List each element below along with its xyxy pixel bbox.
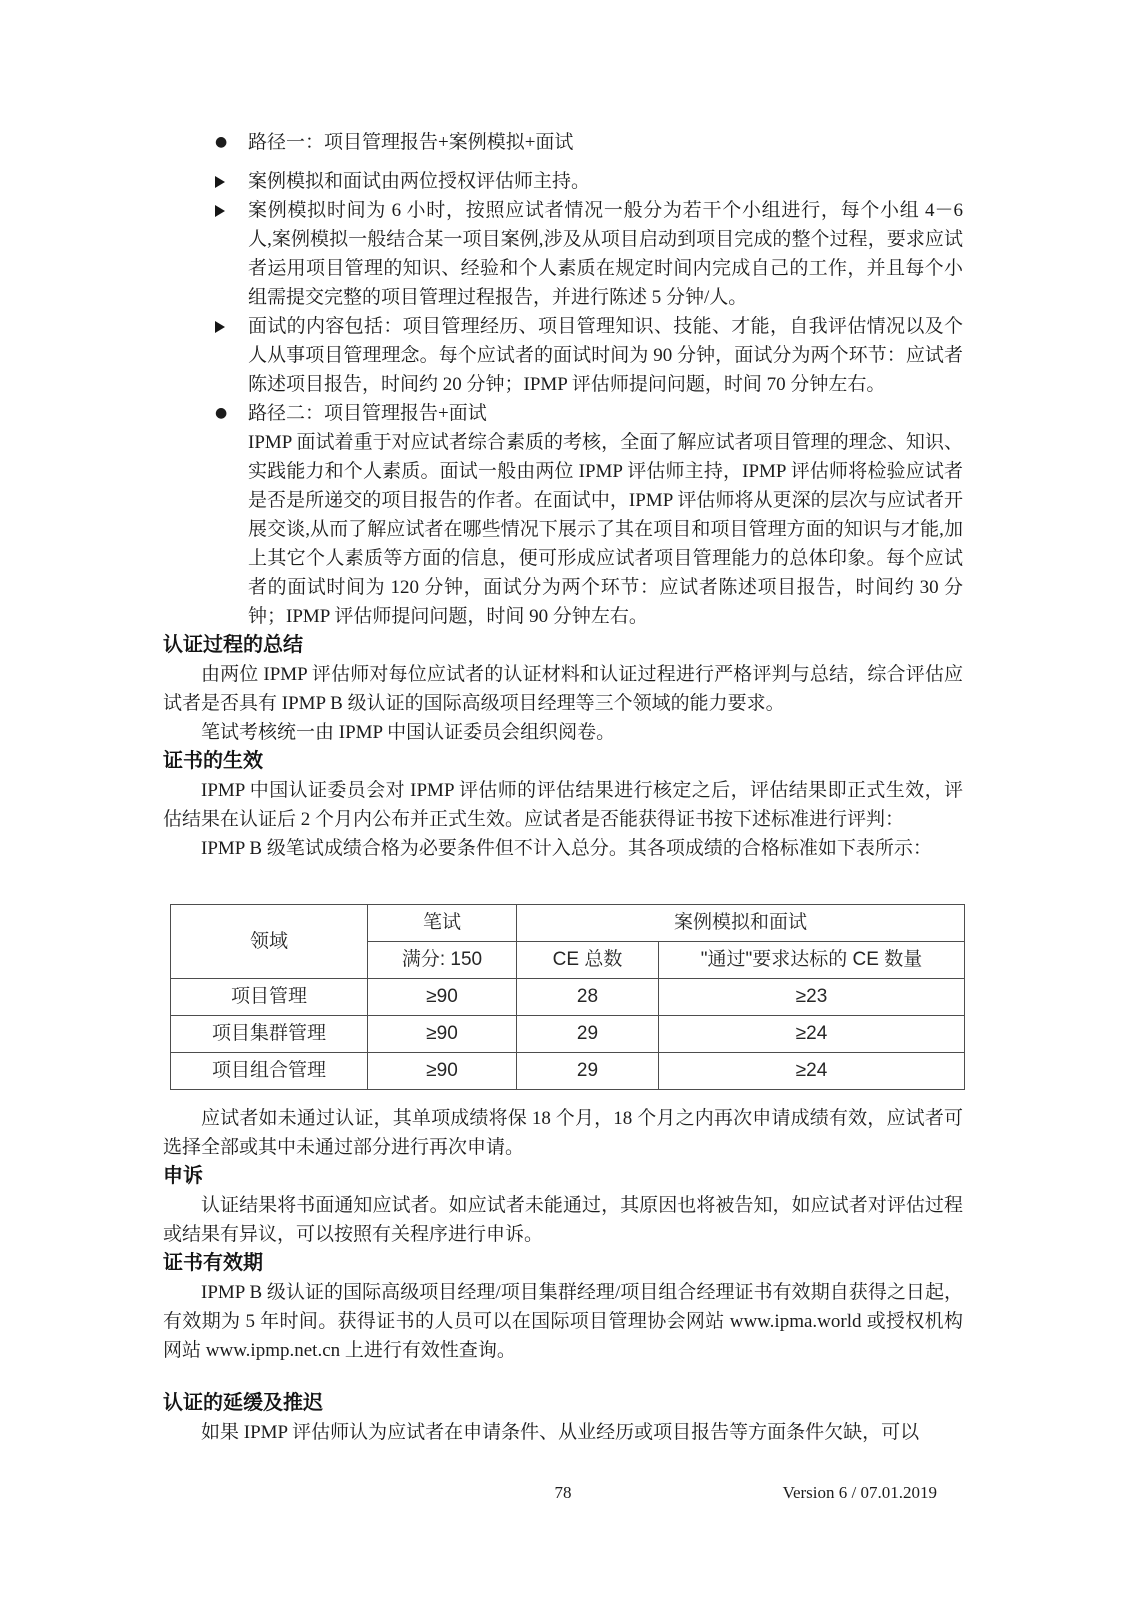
path1-label: 路径一：项目管理报告+案例模拟+面试 bbox=[248, 128, 963, 157]
path2-label: 路径二：项目管理报告+面试 bbox=[248, 399, 963, 428]
heading-certificate-effect: 证书的生效 bbox=[163, 747, 963, 776]
heading-certification-delay: 认证的延缓及推迟 bbox=[163, 1389, 963, 1418]
arrow-bullet-icon bbox=[215, 312, 248, 399]
cell-ce-total: 28 bbox=[517, 979, 659, 1016]
page-content: ● 路径一：项目管理报告+案例模拟+面试 案例模拟和面试由两位授权评估师主持。 … bbox=[163, 128, 963, 1447]
cell-ce-total: 29 bbox=[517, 1016, 659, 1053]
summary-paragraph-2: 笔试考核统一由 IPMP 中国认证委员会组织阅卷。 bbox=[163, 718, 963, 747]
arrow-item-1-text: 案例模拟和面试由两位授权评估师主持。 bbox=[248, 167, 963, 196]
table-row: 项目管理 ≥90 28 ≥23 bbox=[171, 979, 965, 1016]
version-label: Version 6 / 07.01.2019 bbox=[783, 1481, 937, 1505]
cell-written: ≥90 bbox=[368, 979, 517, 1016]
bullet-item-path1: ● 路径一：项目管理报告+案例模拟+面试 bbox=[163, 128, 963, 157]
table-row: 项目组合管理 ≥90 29 ≥24 bbox=[171, 1053, 965, 1090]
summary-paragraph-1: 由两位 IPMP 评估师对每位应试者的认证材料和认证过程进行严格评判与总结，综合… bbox=[163, 660, 963, 718]
cell-written: ≥90 bbox=[368, 1016, 517, 1053]
dot-bullet-icon: ● bbox=[215, 399, 248, 428]
table-row: 项目集群管理 ≥90 29 ≥24 bbox=[171, 1016, 965, 1053]
table-header-row-1: 领域 笔试 案例模拟和面试 bbox=[171, 905, 965, 942]
validity-paragraph: IPMP B 级认证的国际高级项目经理/项目集群经理/项目组合经理证书有效期自获… bbox=[163, 1278, 963, 1365]
header-cell-written: 笔试 bbox=[368, 905, 517, 942]
after-table-paragraph: 应试者如未通过认证，其单项成绩将保 18 个月，18 个月之内再次申请成绩有效，… bbox=[163, 1104, 963, 1162]
arrow-item-1: 案例模拟和面试由两位授权评估师主持。 bbox=[163, 167, 963, 196]
page-footer: 78 Version 6 / 07.01.2019 bbox=[163, 1481, 963, 1511]
score-standards-table: 领域 笔试 案例模拟和面试 满分: 150 CE 总数 "通过"要求达标的 CE… bbox=[170, 904, 965, 1090]
path2-detail-paragraph: IPMP 面试着重于对应试者综合素质的考核，全面了解应试者项目管理的理念、知识、… bbox=[248, 428, 963, 631]
cell-domain: 项目集群管理 bbox=[171, 1016, 368, 1053]
bullet-item-path2: ● 路径二：项目管理报告+面试 bbox=[163, 399, 963, 428]
header-cell-written-sub: 满分: 150 bbox=[368, 942, 517, 979]
arrow-item-3-text: 面试的内容包括：项目管理经历、项目管理知识、技能、才能，自我评估情况以及个人从事… bbox=[248, 312, 963, 399]
header-cell-ce-pass: "通过"要求达标的 CE 数量 bbox=[659, 942, 965, 979]
document-page: ● 路径一：项目管理报告+案例模拟+面试 案例模拟和面试由两位授权评估师主持。 … bbox=[0, 0, 1131, 1600]
cell-ce-pass: ≥23 bbox=[659, 979, 965, 1016]
cell-ce-pass: ≥24 bbox=[659, 1016, 965, 1053]
arrow-item-2: 案例模拟时间为 6 小时，按照应试者情况一般分为若干个小组进行，每个小组 4－6… bbox=[163, 196, 963, 312]
heading-certificate-validity: 证书有效期 bbox=[163, 1249, 963, 1278]
cell-written: ≥90 bbox=[368, 1053, 517, 1090]
header-cell-ce-total: CE 总数 bbox=[517, 942, 659, 979]
effect-paragraph-2: IPMP B 级笔试成绩合格为必要条件但不计入总分。其各项成绩的合格标准如下表所… bbox=[163, 834, 963, 863]
heading-appeal: 申诉 bbox=[163, 1162, 963, 1191]
effect-paragraph-1: IPMP 中国认证委员会对 IPMP 评估师的评估结果进行核定之后，评估结果即正… bbox=[163, 776, 963, 834]
cell-domain: 项目管理 bbox=[171, 979, 368, 1016]
cell-ce-pass: ≥24 bbox=[659, 1053, 965, 1090]
header-cell-case: 案例模拟和面试 bbox=[517, 905, 965, 942]
header-cell-domain: 领域 bbox=[171, 905, 368, 979]
heading-certification-summary: 认证过程的总结 bbox=[163, 631, 963, 660]
cell-ce-total: 29 bbox=[517, 1053, 659, 1090]
appeal-paragraph: 认证结果将书面通知应试者。如应试者未能通过，其原因也将被告知，如应试者对评估过程… bbox=[163, 1191, 963, 1249]
arrow-bullet-icon bbox=[215, 196, 248, 312]
arrow-item-3: 面试的内容包括：项目管理经历、项目管理知识、技能、才能，自我评估情况以及个人从事… bbox=[163, 312, 963, 399]
cell-domain: 项目组合管理 bbox=[171, 1053, 368, 1090]
delay-paragraph: 如果 IPMP 评估师认为应试者在申请条件、从业经历或项目报告等方面条件欠缺，可… bbox=[163, 1418, 963, 1447]
arrow-item-2-text: 案例模拟时间为 6 小时，按照应试者情况一般分为若干个小组进行，每个小组 4－6… bbox=[248, 196, 963, 312]
dot-bullet-icon: ● bbox=[215, 128, 248, 157]
arrow-bullet-icon bbox=[215, 167, 248, 196]
